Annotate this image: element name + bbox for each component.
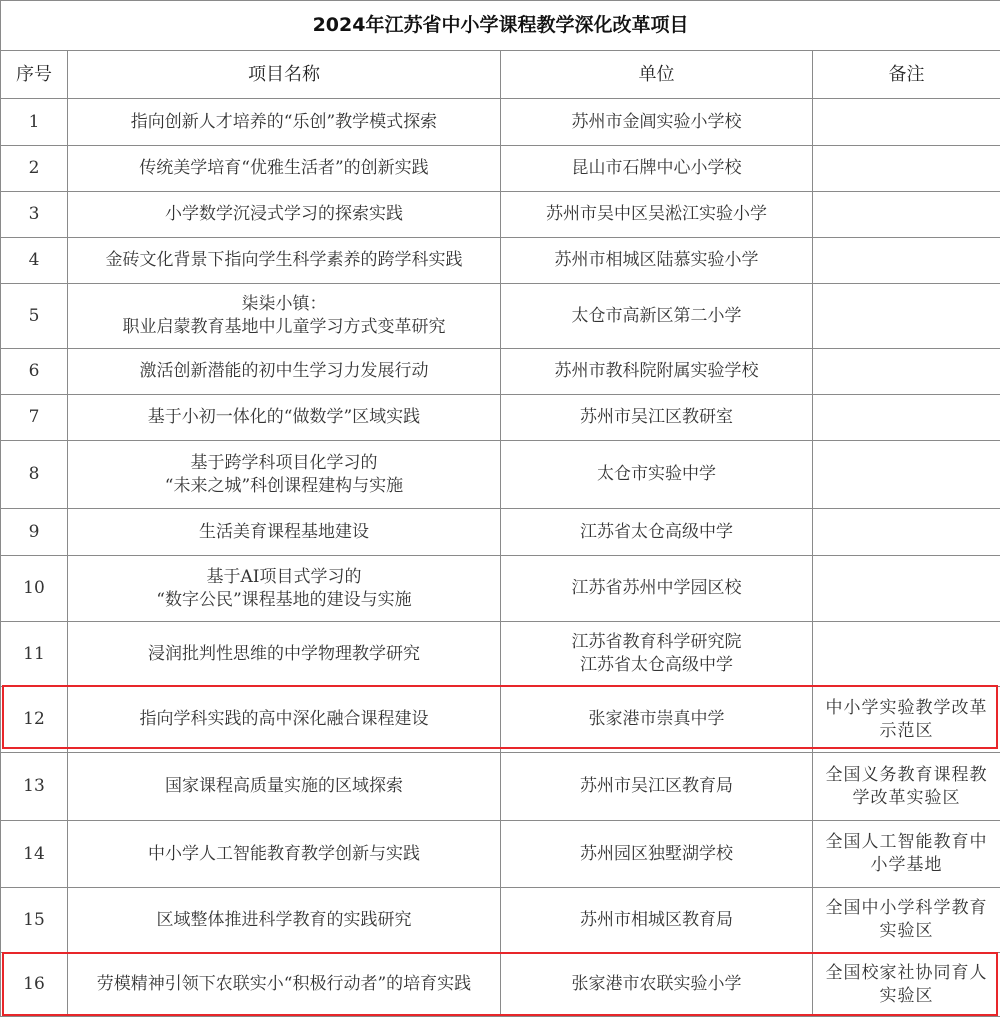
cell-project-name: 基于小初一体化的“做数学”区域实践	[68, 395, 501, 441]
cell-remark	[813, 99, 1000, 146]
cell-unit: 苏州市相城区陆慕实验小学	[501, 238, 813, 284]
cell-seq: 9	[1, 509, 68, 556]
cell-project-name-line: 指向创新人才培养的“乐创”教学模式探索	[72, 111, 496, 134]
cell-remark-line: 全国人工智能教育中	[817, 831, 996, 854]
table-row: 9生活美育课程基地建设江苏省太仓高级中学	[1, 509, 1000, 556]
cell-project-name-line: 浸润批判性思维的中学物理教学研究	[72, 643, 496, 666]
cell-remark-line: 小学基地	[817, 854, 996, 877]
cell-remark-line: 全国中小学科学教育	[817, 897, 996, 920]
cell-unit: 张家港市农联实验小学	[501, 953, 813, 1017]
table-row: 5柒柒小镇：职业启蒙教育基地中儿童学习方式变革研究太仓市高新区第二小学	[1, 284, 1000, 349]
cell-unit-line: 苏州市吴江区教研室	[505, 406, 808, 429]
cell-project-name-line: “数字公民”课程基地的建设与实施	[72, 589, 496, 612]
cell-remark-line: 实验区	[817, 985, 996, 1008]
cell-project-name-line: 区域整体推进科学教育的实践研究	[72, 909, 496, 932]
cell-unit: 苏州市金阊实验小学校	[501, 99, 813, 146]
cell-seq: 3	[1, 192, 68, 238]
cell-project-name-line: 传统美学培育“优雅生活者”的创新实践	[72, 157, 496, 180]
cell-unit-line: 苏州市金阊实验小学校	[505, 111, 808, 134]
cell-remark-line: 全国校家社协同育人	[817, 962, 996, 985]
header-name: 项目名称	[68, 51, 501, 99]
header-unit: 单位	[501, 51, 813, 99]
cell-unit: 太仓市实验中学	[501, 441, 813, 509]
project-table: 2024年江苏省中小学课程教学深化改革项目 序号 项目名称 单位 备注 1指向创…	[0, 0, 1000, 1017]
cell-remark-line: 学改革实验区	[817, 787, 996, 810]
cell-unit-line: 太仓市实验中学	[505, 463, 808, 486]
cell-project-name: 传统美学培育“优雅生活者”的创新实践	[68, 146, 501, 192]
cell-seq: 1	[1, 99, 68, 146]
table-row: 11浸润批判性思维的中学物理教学研究江苏省教育科学研究院江苏省太仓高级中学	[1, 622, 1000, 687]
cell-project-name-line: “未来之城”科创课程建构与实施	[72, 475, 496, 498]
cell-unit-line: 江苏省太仓高级中学	[505, 654, 808, 677]
cell-project-name: 激活创新潜能的初中生学习力发展行动	[68, 349, 501, 395]
cell-remark	[813, 395, 1000, 441]
cell-remark-line: 全国义务教育课程教	[817, 764, 996, 787]
cell-remark	[813, 284, 1000, 349]
cell-unit: 苏州市教科院附属实验学校	[501, 349, 813, 395]
cell-unit: 张家港市崇真中学	[501, 687, 813, 753]
cell-unit-line: 江苏省太仓高级中学	[505, 521, 808, 544]
cell-unit-line: 江苏省教育科学研究院	[505, 631, 808, 654]
table-row: 6激活创新潜能的初中生学习力发展行动苏州市教科院附属实验学校	[1, 349, 1000, 395]
cell-seq: 13	[1, 753, 68, 821]
cell-project-name-line: 激活创新潜能的初中生学习力发展行动	[72, 360, 496, 383]
cell-unit-line: 江苏省苏州中学园区校	[505, 577, 808, 600]
cell-project-name: 区域整体推进科学教育的实践研究	[68, 888, 501, 953]
table-row: 15区域整体推进科学教育的实践研究苏州市相城区教育局全国中小学科学教育实验区	[1, 888, 1000, 953]
cell-remark: 全国人工智能教育中小学基地	[813, 821, 1000, 888]
cell-project-name: 基于AI项目式学习的“数字公民”课程基地的建设与实施	[68, 556, 501, 622]
cell-project-name: 指向学科实践的高中深化融合课程建设	[68, 687, 501, 753]
cell-unit: 苏州市吴中区吴淞江实验小学	[501, 192, 813, 238]
table-row: 14中小学人工智能教育教学创新与实践苏州园区独墅湖学校全国人工智能教育中小学基地	[1, 821, 1000, 888]
cell-seq: 5	[1, 284, 68, 349]
cell-unit-line: 昆山市石牌中心小学校	[505, 157, 808, 180]
cell-project-name-line: 基于小初一体化的“做数学”区域实践	[72, 406, 496, 429]
cell-project-name: 指向创新人才培养的“乐创”教学模式探索	[68, 99, 501, 146]
table-row: 16劳模精神引领下农联实小“积极行动者”的培育实践张家港市农联实验小学全国校家社…	[1, 953, 1000, 1017]
cell-project-name-line: 职业启蒙教育基地中儿童学习方式变革研究	[72, 316, 496, 339]
cell-seq: 10	[1, 556, 68, 622]
cell-project-name: 劳模精神引领下农联实小“积极行动者”的培育实践	[68, 953, 501, 1017]
cell-remark-line: 实验区	[817, 920, 996, 943]
cell-project-name-line: 基于AI项目式学习的	[72, 566, 496, 589]
cell-remark	[813, 192, 1000, 238]
cell-remark	[813, 146, 1000, 192]
cell-remark: 全国义务教育课程教学改革实验区	[813, 753, 1000, 821]
cell-project-name: 中小学人工智能教育教学创新与实践	[68, 821, 501, 888]
cell-unit: 苏州市相城区教育局	[501, 888, 813, 953]
cell-seq: 14	[1, 821, 68, 888]
cell-project-name: 金砖文化背景下指向学生科学素养的跨学科实践	[68, 238, 501, 284]
cell-seq: 8	[1, 441, 68, 509]
cell-project-name-line: 劳模精神引领下农联实小“积极行动者”的培育实践	[72, 973, 496, 996]
cell-project-name: 基于跨学科项目化学习的“未来之城”科创课程建构与实施	[68, 441, 501, 509]
cell-unit-line: 苏州市教科院附属实验学校	[505, 360, 808, 383]
cell-unit: 江苏省教育科学研究院江苏省太仓高级中学	[501, 622, 813, 687]
cell-project-name-line: 基于跨学科项目化学习的	[72, 452, 496, 475]
header-seq: 序号	[1, 51, 68, 99]
cell-seq: 2	[1, 146, 68, 192]
cell-unit: 太仓市高新区第二小学	[501, 284, 813, 349]
cell-remark	[813, 622, 1000, 687]
cell-unit: 苏州园区独墅湖学校	[501, 821, 813, 888]
cell-unit-line: 苏州园区独墅湖学校	[505, 843, 808, 866]
cell-unit-line: 苏州市相城区教育局	[505, 909, 808, 932]
table-row: 10基于AI项目式学习的“数字公民”课程基地的建设与实施江苏省苏州中学园区校	[1, 556, 1000, 622]
cell-unit: 苏州市吴江区教育局	[501, 753, 813, 821]
table-row: 13国家课程高质量实施的区域探索苏州市吴江区教育局全国义务教育课程教学改革实验区	[1, 753, 1000, 821]
cell-unit-line: 苏州市吴江区教育局	[505, 775, 808, 798]
cell-remark	[813, 349, 1000, 395]
header-remark: 备注	[813, 51, 1000, 99]
cell-project-name-line: 小学数学沉浸式学习的探索实践	[72, 203, 496, 226]
table-title: 2024年江苏省中小学课程教学深化改革项目	[1, 1, 1000, 51]
table-row: 2传统美学培育“优雅生活者”的创新实践昆山市石牌中心小学校	[1, 146, 1000, 192]
table-row: 3小学数学沉浸式学习的探索实践苏州市吴中区吴淞江实验小学	[1, 192, 1000, 238]
cell-remark-line: 示范区	[817, 720, 996, 743]
table-row: 4金砖文化背景下指向学生科学素养的跨学科实践苏州市相城区陆慕实验小学	[1, 238, 1000, 284]
cell-unit: 昆山市石牌中心小学校	[501, 146, 813, 192]
cell-seq: 12	[1, 687, 68, 753]
cell-project-name-line: 柒柒小镇：	[72, 293, 496, 316]
cell-project-name: 生活美育课程基地建设	[68, 509, 501, 556]
table-row: 7基于小初一体化的“做数学”区域实践苏州市吴江区教研室	[1, 395, 1000, 441]
cell-unit: 江苏省苏州中学园区校	[501, 556, 813, 622]
cell-unit-line: 张家港市崇真中学	[505, 708, 808, 731]
cell-project-name-line: 金砖文化背景下指向学生科学素养的跨学科实践	[72, 249, 496, 272]
cell-project-name-line: 中小学人工智能教育教学创新与实践	[72, 843, 496, 866]
cell-project-name: 小学数学沉浸式学习的探索实践	[68, 192, 501, 238]
cell-unit-line: 太仓市高新区第二小学	[505, 305, 808, 328]
cell-project-name: 柒柒小镇：职业启蒙教育基地中儿童学习方式变革研究	[68, 284, 501, 349]
cell-unit-line: 苏州市相城区陆慕实验小学	[505, 249, 808, 272]
header-row: 序号 项目名称 单位 备注	[1, 51, 1000, 99]
table-row: 12指向学科实践的高中深化融合课程建设张家港市崇真中学中小学实验教学改革示范区	[1, 687, 1000, 753]
cell-unit-line: 苏州市吴中区吴淞江实验小学	[505, 203, 808, 226]
cell-project-name-line: 生活美育课程基地建设	[72, 521, 496, 544]
cell-remark-line: 中小学实验教学改革	[817, 697, 996, 720]
cell-seq: 11	[1, 622, 68, 687]
cell-unit: 苏州市吴江区教研室	[501, 395, 813, 441]
cell-remark	[813, 238, 1000, 284]
cell-project-name-line: 国家课程高质量实施的区域探索	[72, 775, 496, 798]
table-row: 1指向创新人才培养的“乐创”教学模式探索苏州市金阊实验小学校	[1, 99, 1000, 146]
cell-remark: 全国中小学科学教育实验区	[813, 888, 1000, 953]
cell-unit-line: 张家港市农联实验小学	[505, 973, 808, 996]
cell-remark	[813, 556, 1000, 622]
cell-seq: 7	[1, 395, 68, 441]
cell-seq: 6	[1, 349, 68, 395]
cell-seq: 16	[1, 953, 68, 1017]
cell-project-name: 国家课程高质量实施的区域探索	[68, 753, 501, 821]
cell-project-name-line: 指向学科实践的高中深化融合课程建设	[72, 708, 496, 731]
project-table-sheet: 2024年江苏省中小学课程教学深化改革项目 序号 项目名称 单位 备注 1指向创…	[0, 0, 1000, 1017]
cell-seq: 15	[1, 888, 68, 953]
cell-remark	[813, 509, 1000, 556]
cell-remark	[813, 441, 1000, 509]
table-row: 8基于跨学科项目化学习的“未来之城”科创课程建构与实施太仓市实验中学	[1, 441, 1000, 509]
cell-remark: 中小学实验教学改革示范区	[813, 687, 1000, 753]
cell-seq: 4	[1, 238, 68, 284]
cell-project-name: 浸润批判性思维的中学物理教学研究	[68, 622, 501, 687]
cell-unit: 江苏省太仓高级中学	[501, 509, 813, 556]
title-row: 2024年江苏省中小学课程教学深化改革项目	[1, 1, 1000, 51]
cell-remark: 全国校家社协同育人实验区	[813, 953, 1000, 1017]
